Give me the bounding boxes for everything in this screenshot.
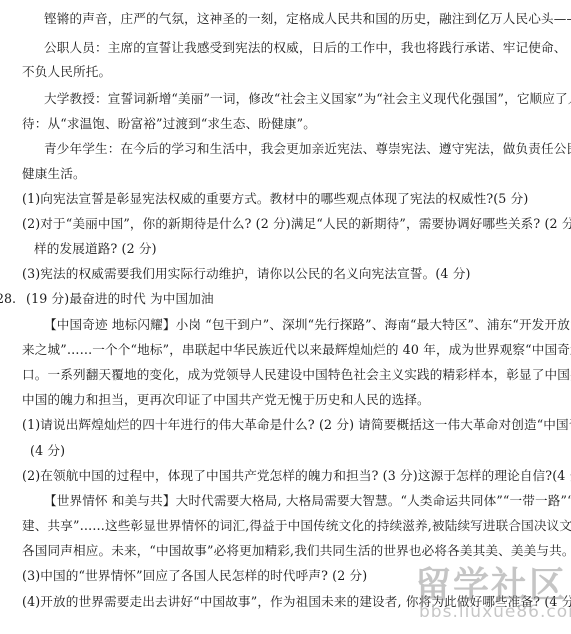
text-line: 公职人员：主席的宣誓让我感受到宪法的权威，日后的工作中，我也将践行承诺、牢记使命…	[44, 40, 571, 56]
text-line: (2)对于“美丽中国”，你的新期待是什么? (2 分)满足“人民的新期待”，需要…	[22, 216, 571, 232]
text-line: (1)向宪法宣誓是彰显宪法权威的重要方式。教材中的哪些观点体现了宪法的权威性?(…	[22, 191, 528, 207]
text-line: 青少年学生：在今后的学习和生活中，我会更加亲近宪法、尊崇宪法、遵守宪法，做负责任…	[44, 141, 571, 157]
text-line: (2)在领航中国的过程中，体现了中国共产党怎样的魄力和担当? (3 分)这源于怎…	[22, 468, 571, 484]
text-line: (4 分)	[30, 443, 65, 459]
text-line: 大学教授：宣誓词新增“美丽”一词，修改“社会主义国家”为“社会主义现代化强国”，…	[44, 91, 571, 107]
text-line: 待：从“求温饱、盼富裕”过渡到“求生态、盼健康”。	[22, 116, 316, 132]
text-line: 不负人民所托。	[22, 64, 111, 80]
text-line: (3)宪法的权威需要我们用实际行动维护，请你以公民的名义向宪法宣誓。(4 分)	[22, 266, 471, 282]
text-line: 中国的魄力和担当，更再次印证了中国共产党无愧于历史和人民的选择。	[22, 392, 430, 408]
text-line: (1)请说出辉煌灿烂的四十年进行的伟大革命是什么? (2 分) 请简要概括这一伟…	[22, 417, 571, 433]
text-line: 各国同声相应。未来，“中国故事”必将更加精彩,我们共同生活的世界也必将各美其美、…	[22, 543, 571, 559]
text-line: (4)开放的世界需要走出去讲好“中国故事”，作为祖国未来的建设者, 你将为此做好…	[22, 594, 571, 610]
text-line: 健康生活。	[22, 166, 86, 182]
text-line: (3)中国的“世界情怀”回应了各国人民怎样的时代呼声? (2 分)	[22, 568, 367, 584]
text-line: 样的发展道路? (2 分)	[34, 241, 157, 257]
text-line: 建、共享”……这些彰显世界情怀的词汇,得益于中国传统文化的持续滋养,被陆续写进联…	[22, 518, 571, 534]
text-line: (19 分)最奋进的时代 为中国加油	[26, 291, 214, 307]
exam-page: 铿锵的声音，庄严的气氛，这神圣的一刻，定格成人民共和国的历史，融注到亿万人民心头…	[0, 0, 571, 634]
text-line: 【世界情怀 和美与共】大时代需要大格局, 大格局需要大智慧。“人类命运共同体”“…	[44, 493, 571, 509]
text-line: 【中国奇迹 地标闪耀】小岗 “包干到户”、深圳“先行探路”、海南“最大特区”、浦…	[44, 317, 571, 333]
text-line: 口。一系列翻天覆地的变化，成为党领导人民建设中国特色社会主义实践的精彩样本，彰显…	[22, 367, 571, 383]
text-line: 来之城”……一个个“地标”，串联起中华民族近代以来最辉煌灿烂的 40 年，成为世…	[22, 342, 571, 358]
text-line: 铿锵的声音，庄严的气氛，这神圣的一刻，定格成人民共和国的历史，融注到亿万人民心头…	[44, 11, 571, 27]
question-number-28: 28.	[0, 291, 16, 307]
